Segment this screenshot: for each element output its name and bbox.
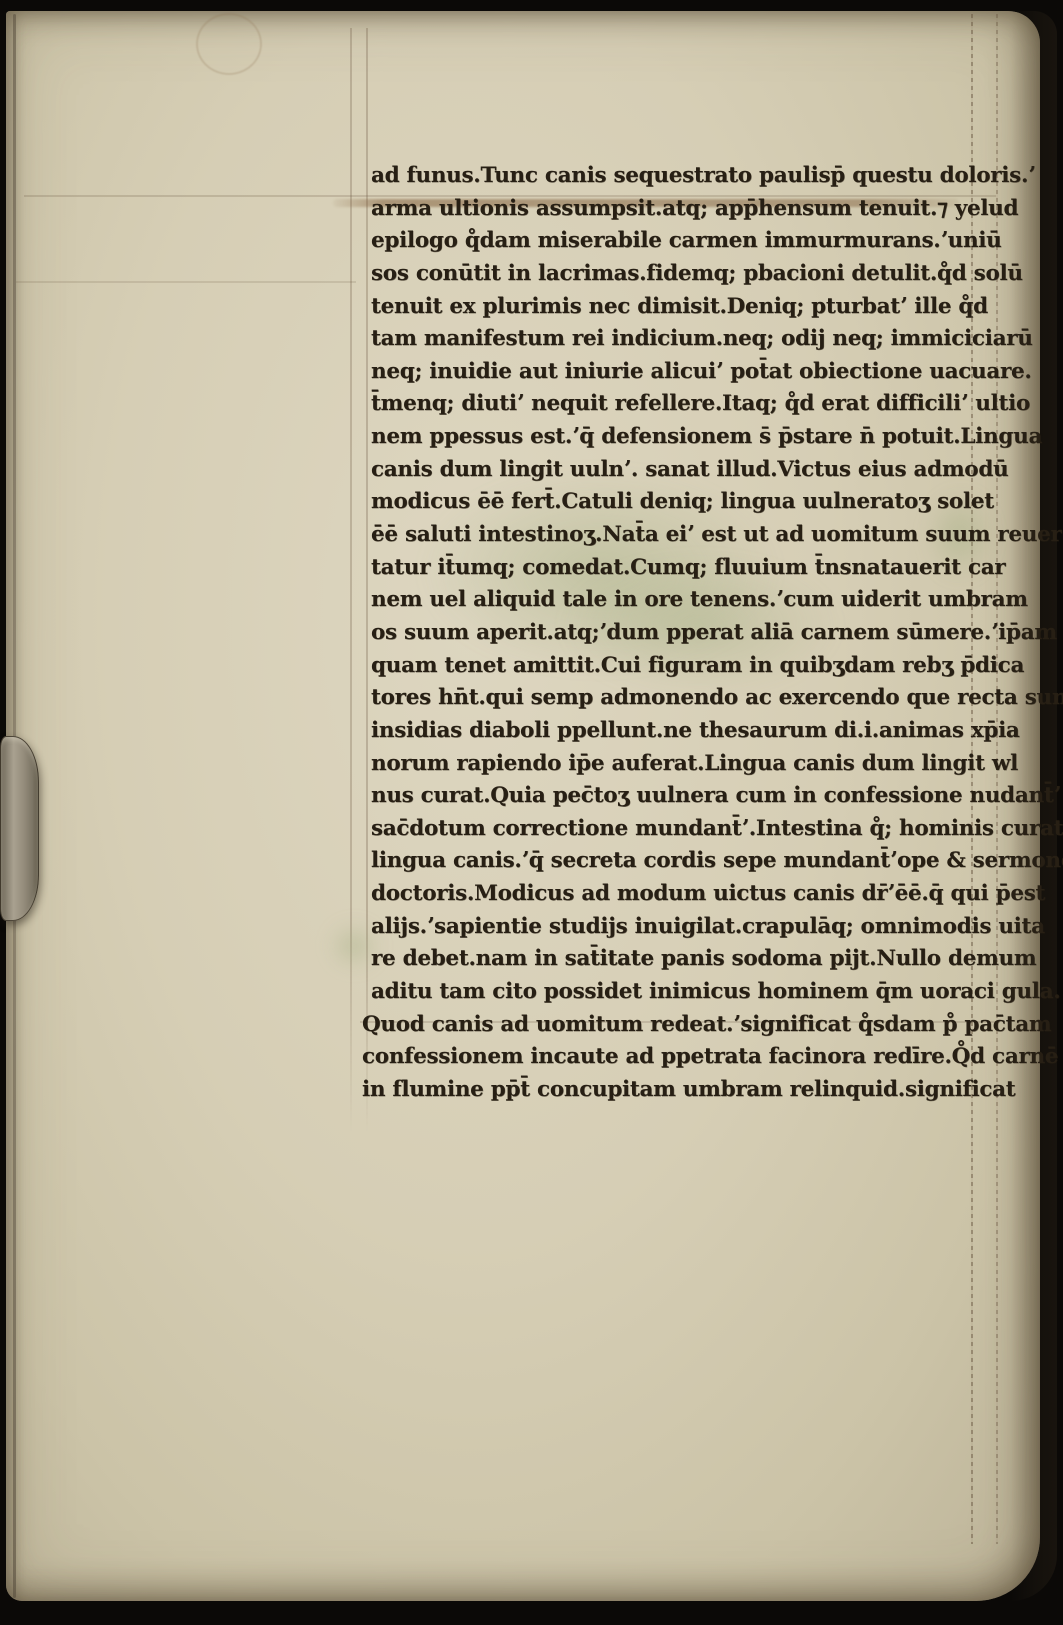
- binding-strap-bump: [0, 736, 39, 921]
- manuscript-line: ad funus.Tunc canis sequestrato paulisp̄…: [371, 160, 955, 193]
- manuscript-line: sos conūtit in lacrimas.fidemq; pbacioni…: [371, 258, 955, 291]
- manuscript-line: norum rapiendo ip̄e auferat.Lingua canis…: [371, 748, 955, 781]
- manuscript-line: nem uel aliquid tale in ore tenens.ʼcum …: [371, 584, 955, 617]
- manuscript-line: ēē saluti intestinoʒ.Nat̄a eiʼ est ut ad…: [371, 519, 955, 552]
- manuscript-line: arma ultionis assumpsit.atq; app̄hensum …: [371, 193, 955, 226]
- manuscript-line: insidias diaboli ppellunt.ne thesaurum d…: [371, 715, 955, 748]
- manuscript-line: alijs.ʼsapientie studijs inuigilat.crapu…: [371, 911, 955, 944]
- manuscript-line: in flumine pp̄t̄ concupitam umbram relin…: [362, 1074, 955, 1107]
- manuscript-line: t̄menq; diutiʼ nequit refellere.Itaq; q̊…: [371, 388, 955, 421]
- manuscript-line: neq; inuidie aut iniurie alicuiʼ pot̄at …: [371, 356, 955, 389]
- manuscript-line: canis dum lingit uulnʼ. sanat illud.Vict…: [371, 454, 955, 487]
- manuscript-line: tatur it̄umq; comedat.Cumq; fluuium t̄ns…: [371, 552, 955, 585]
- manuscript-line: os suum aperit.atq;ʼdum pperat aliā carn…: [371, 617, 955, 650]
- circular-impression: [196, 13, 262, 75]
- manuscript-line: nus curat.Quia pec̄toʒ uulnera cum in co…: [371, 780, 955, 813]
- text-block: ad funus.Tunc canis sequestrato paulisp̄…: [371, 160, 955, 1107]
- ruling-vertical-left-inner: [366, 28, 368, 1133]
- manuscript-line: epilogo q̊dam miserabile carmen immurmur…: [371, 225, 955, 258]
- manuscript-line: doctoris.Modicus ad modum uictus canis d…: [371, 878, 955, 911]
- manuscript-line: quam tenet amittit.Cui figuram in quibʒd…: [371, 650, 955, 683]
- manuscript-line: modicus ēē fert̄.Catuli deniq; lingua uu…: [371, 486, 955, 519]
- manuscript-line: lingua canis.ʼq̄ secreta cordis sepe mun…: [371, 845, 955, 878]
- manuscript-line: nem ppessus est.ʼq̄ defensionem s̄ p̄sta…: [371, 421, 955, 454]
- manuscript-line: Quod canis ad uomitum redeat.ʼsignificat…: [362, 1009, 955, 1042]
- manuscript-line: tam manifestum rei indicium.neq; odij ne…: [371, 323, 955, 356]
- manuscript-line: confessionem incaute ad ppetrata facinor…: [362, 1041, 955, 1074]
- manuscript-line: re debet.nam in sat̄itate panis sodoma p…: [371, 943, 955, 976]
- manuscript-line: tenuit ex plurimis nec dimisit.Deniq; pt…: [371, 291, 955, 324]
- manuscript-line: tores hn̄t.qui semp admonendo ac exercen…: [371, 682, 955, 715]
- manuscript-line: aditu tam cito possidet inimicus hominem…: [371, 976, 955, 1009]
- ruling-horizontal-margin: [16, 281, 356, 283]
- manuscript-line: sac̄dotum correctione mundant̄ʼ.Intestin…: [371, 813, 955, 846]
- manuscript-photo: ad funus.Tunc canis sequestrato paulisp̄…: [0, 0, 1063, 1625]
